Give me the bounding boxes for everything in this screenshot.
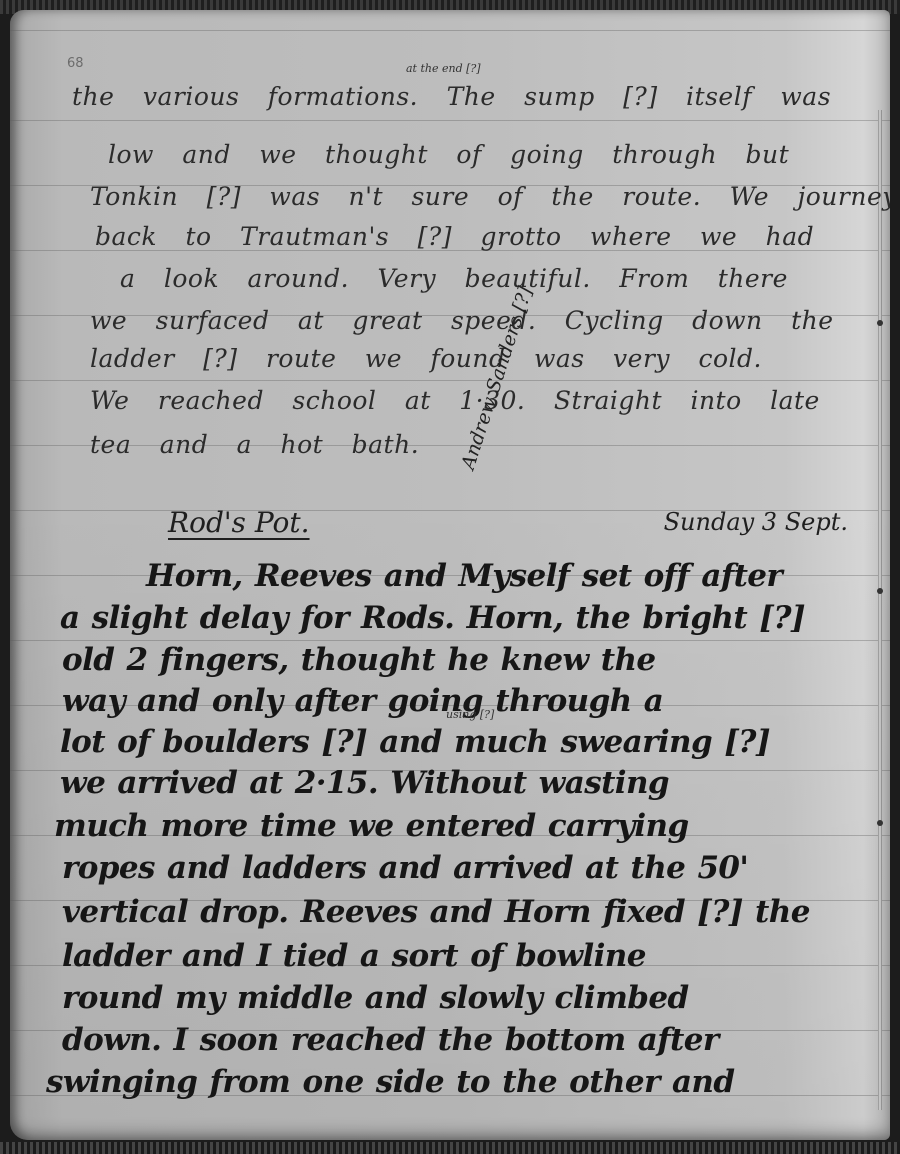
notebook-page: 68 at the end [?] the various formations… (10, 10, 890, 1140)
page-number: 68 (67, 56, 84, 71)
entry-1-line: we surfaced at great speed. Cycling down… (90, 306, 834, 335)
entry-2-line: swinging from one side to the other and (46, 1064, 734, 1100)
entry-2-line: vertical drop. Reeves and Horn fixed [?]… (62, 894, 810, 930)
entry-1-line: the various formations. The sump [?] its… (72, 82, 831, 111)
entry-1-line: Tonkin [?] was n't sure of the route. We… (90, 182, 890, 211)
binding-stitch (877, 320, 883, 326)
entry-2-line: round my middle and slowly climbed (62, 980, 689, 1016)
notebook-bottom-edge (0, 1142, 900, 1154)
entry-1-line: low and we thought of going through but (108, 140, 789, 169)
entry-2-line: Horn, Reeves and Myself set off after (146, 558, 782, 594)
binding-thread (878, 110, 882, 1110)
entry-2-line: ropes and ladders and arrived at the 50' (62, 850, 748, 886)
entry-2-line: down. I soon reached the bottom after (62, 1022, 719, 1058)
insertion-text: using [?] (446, 708, 494, 721)
entry-2-line: a slight delay for Rods. Horn, the brigh… (60, 600, 805, 636)
entry-2-line: much more time we entered carrying (54, 808, 689, 844)
entry-1-line: ladder [?] route we found was very cold. (90, 344, 762, 373)
insertion-text: at the end [?] (406, 62, 481, 75)
entry-2-line: ladder and I tied a sort of bowline (62, 938, 646, 974)
entry-2-line: lot of boulders [?] and much swearing [?… (60, 724, 770, 760)
entry-1-line: a look around. Very beautiful. From ther… (120, 264, 788, 293)
entry-2-line: old 2 fingers, thought he knew the (62, 642, 656, 678)
binding-stitch (877, 588, 883, 594)
entry-1-line: tea and a hot bath. (90, 430, 419, 459)
entry-1-line: We reached school at 1·30. Straight into… (90, 386, 820, 415)
entry-date: Sunday 3 Sept. (664, 508, 848, 536)
entry-title: Rod's Pot. (168, 506, 310, 539)
binding-stitch (877, 820, 883, 826)
entry-1-line: back to Trautman's [?] grotto where we h… (95, 222, 814, 251)
entry-2-line: we arrived at 2·15. Without wasting (60, 765, 669, 801)
entry-2-line: way and only after going through a (62, 683, 663, 719)
